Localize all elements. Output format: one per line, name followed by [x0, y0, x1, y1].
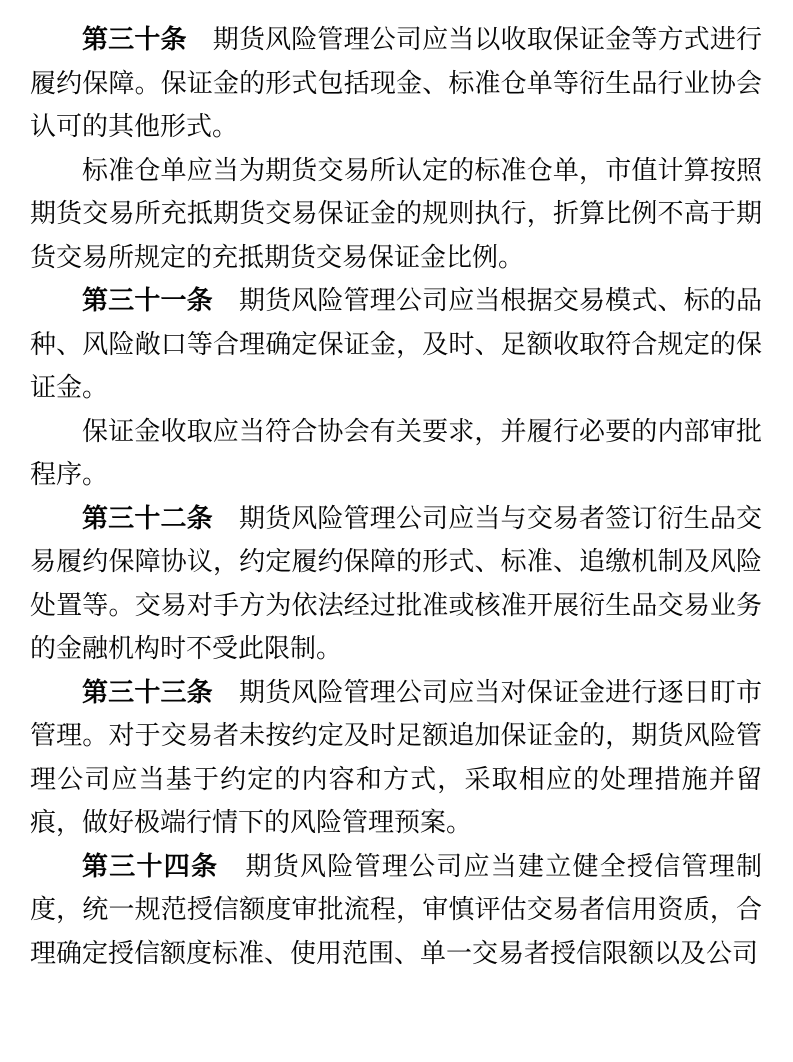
- article-number: 第三十四条: [82, 852, 218, 881]
- article-paragraph-34: 第三十四条 期货风险管理公司应当建立健全授信管理制度，统一规范授信额度审批流程，…: [30, 845, 762, 976]
- article-paragraph-33: 第三十三条 期货风险管理公司应当对保证金进行逐日盯市管理。对于交易者未按约定及时…: [30, 671, 762, 845]
- article-paragraph-32: 第三十二条 期货风险管理公司应当与交易者签订衍生品交易履约保障协议，约定履约保障…: [30, 497, 762, 671]
- document-page: 第三十条 期货风险管理公司应当以收取保证金等方式进行履约保障。保证金的形式包括现…: [0, 0, 793, 1062]
- body-paragraph: 保证金收取应当符合协会有关要求，并履行必要的内部审批程序。: [30, 410, 762, 497]
- article-paragraph-31: 第三十一条 期货风险管理公司应当根据交易模式、标的品种、风险敞口等合理确定保证金…: [30, 279, 762, 410]
- paragraph-text: 保证金收取应当符合协会有关要求，并履行必要的内部审批程序。: [30, 417, 762, 490]
- body-paragraph: 标准仓单应当为期货交易所认定的标准仓单，市值计算按照期货交易所充抵期货交易保证金…: [30, 149, 762, 280]
- article-paragraph-30: 第三十条 期货风险管理公司应当以收取保证金等方式进行履约保障。保证金的形式包括现…: [30, 18, 762, 149]
- article-number: 第三十二条: [82, 504, 213, 533]
- article-number: 第三十条: [82, 25, 187, 54]
- article-number: 第三十一条: [82, 286, 213, 315]
- paragraph-text: 标准仓单应当为期货交易所认定的标准仓单，市值计算按照期货交易所充抵期货交易保证金…: [30, 156, 762, 272]
- article-number: 第三十三条: [82, 678, 213, 707]
